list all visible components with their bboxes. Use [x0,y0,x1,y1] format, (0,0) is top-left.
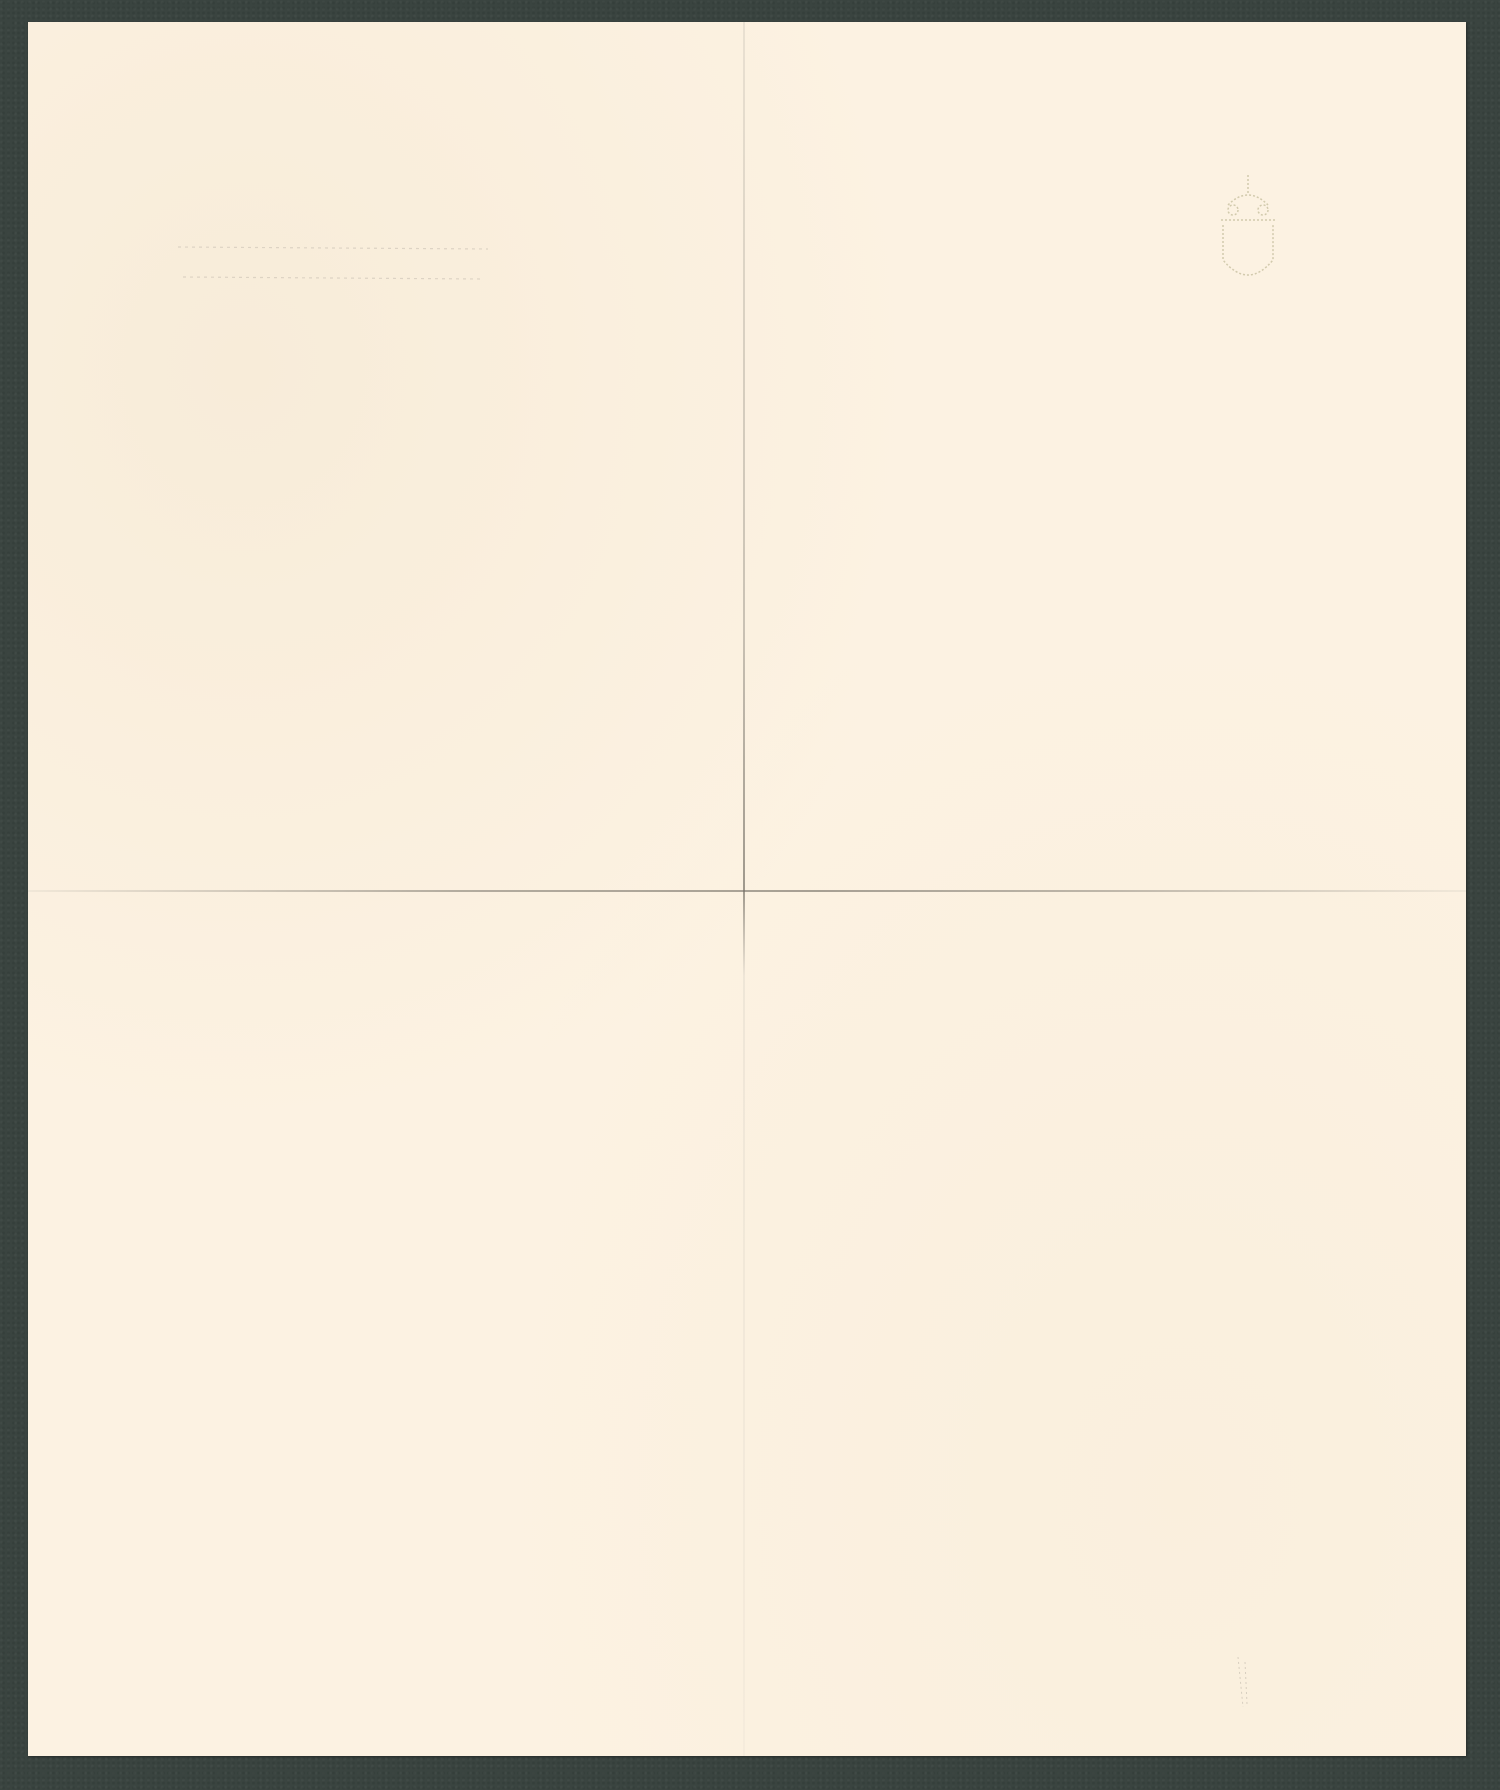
vertical-fold-line [743,22,745,1756]
horizontal-fold-line [28,890,1466,892]
letterhead-showthrough-marks [178,237,508,297]
embossed-crest-icon [1203,170,1293,300]
faint-corner-mark [1233,1652,1253,1712]
paper-sheet [28,22,1466,1756]
